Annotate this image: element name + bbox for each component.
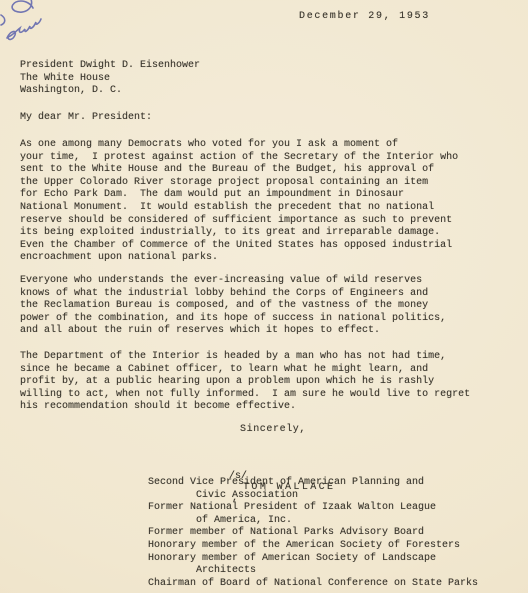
text-line: knows of what the industrial lobby behin… (20, 288, 446, 301)
salutation: My dear Mr. President: (20, 112, 152, 123)
text-line: since he became a Cabinet officer, to le… (20, 364, 470, 377)
text-line: Honorary member of the American Society … (148, 540, 478, 553)
text-line: The White House (20, 73, 200, 86)
text-line: the Upper Colorado River storage project… (20, 177, 458, 190)
text-line: Chairman of Board of National Conference… (148, 578, 478, 591)
text-line: Honorary member of American Society of L… (148, 553, 478, 566)
text-line: The Department of the Interior is headed… (20, 351, 470, 364)
pen-hook-stroke (1, 15, 5, 25)
closing: Sincerely, (240, 424, 306, 435)
paragraph-2: Everyone who understands the ever-increa… (20, 275, 446, 338)
letter-date: December 29, 1953 (299, 11, 430, 22)
text-line: for Echo Park Dam. The dam would put an … (20, 189, 458, 202)
text-line: Everyone who understands the ever-increa… (20, 275, 446, 288)
recipient-address: President Dwight D. EisenhowerThe White … (20, 60, 200, 98)
text-line: Even the Chamber of Commerce of the Unit… (20, 240, 458, 253)
text-line: profit by, at a public hearing upon a pr… (20, 376, 470, 389)
text-line: Second Vice President of American Planni… (148, 477, 478, 490)
paragraph-3: The Department of the Interior is headed… (20, 351, 470, 414)
scanned-letter-page: December 29, 1953 President Dwight D. Ei… (0, 0, 528, 593)
paragraph-1: As one among many Democrats who voted fo… (20, 139, 458, 265)
text-line: and all about the ruin of reserves which… (20, 325, 446, 338)
handwritten-annotation (0, 0, 100, 64)
text-line: Architects (148, 565, 478, 578)
text-line: encroachment upon national parks. (20, 252, 458, 265)
text-line: Civic Association (148, 490, 478, 503)
text-line: National Monument. It would establish th… (20, 202, 458, 215)
text-line: Washington, D. C. (20, 85, 200, 98)
text-line: the Reclamation Bureau is composed, and … (20, 300, 446, 313)
text-line: As one among many Democrats who voted fo… (20, 139, 458, 152)
text-line: Former National President of Izaak Walto… (148, 502, 478, 515)
text-line: your time, I protest against action of t… (20, 152, 458, 165)
text-line: Former member of National Parks Advisory… (148, 527, 478, 540)
text-line: power of the combination, and its hope o… (20, 313, 446, 326)
text-line: its being exploited industrially, to its… (20, 227, 458, 240)
credentials-list: Second Vice President of American Planni… (148, 477, 478, 590)
text-line: reserve should be considered of sufficie… (20, 215, 458, 228)
text-line: President Dwight D. Eisenhower (20, 60, 200, 73)
text-line: of America, Inc. (148, 515, 478, 528)
text-line: his recommendation should it become effe… (20, 401, 470, 414)
pen-loop-stroke (12, 0, 33, 12)
text-line: sent to the White House and the Bureau o… (20, 164, 458, 177)
text-line: willing to act, when not fully informed.… (20, 389, 470, 402)
pen-word-stroke (7, 19, 41, 39)
